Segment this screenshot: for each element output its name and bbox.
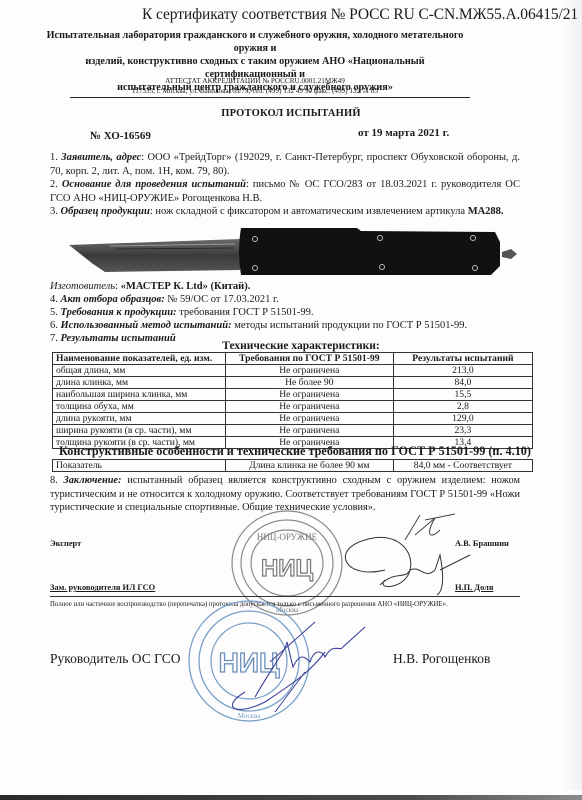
document-page: К сертификату соответствия № РОСС RU C-C… (0, 0, 582, 800)
page-bottom-edge (0, 795, 582, 800)
gost-requirement: Не более 90 (225, 377, 393, 389)
accreditation-block: АТТЕСТАТ АККРЕДИТАЦИИ № POCCRU.0001.21МЖ… (40, 76, 470, 96)
svg-text:НИЦ: НИЦ (261, 555, 314, 582)
lab-address: 117335, г. Москва, ул. Вавилова, 69/75, … (40, 86, 470, 96)
test-result: 23,3 (393, 425, 532, 437)
item-text: методы испытаний продукции по ГОСТ Р 515… (232, 320, 468, 331)
gost-requirement: Не ограничена (225, 365, 393, 377)
certification-body-stamp: НИЦ Москва (184, 596, 314, 726)
column-header: Результаты испытаний (393, 353, 532, 365)
stamp-text: НИЦ-ОРУЖИЕ (257, 532, 318, 542)
constructive-requirements-table: ПоказательДлина клинка не более 90 мм84,… (52, 459, 533, 472)
accreditation-number: АТТЕСТАТ АККРЕДИТАЦИИ № POCCRU.0001.21МЖ… (40, 76, 470, 86)
article-number: МА288. (468, 206, 504, 217)
deputy-name: Н.П. Доля (455, 583, 493, 592)
parameter-name: Показатель (53, 460, 226, 472)
requirement: Длина клинка не более 90 мм (225, 460, 393, 472)
constr-table-title: Конструктивные особенности и технические… (50, 444, 540, 459)
lab-name-line: Испытательная лаборатория гражданского и… (40, 29, 470, 55)
parameter-name: наибольшая ширина клинка, мм (53, 389, 226, 401)
tech-table-title: Технические характеристики: (10, 340, 582, 352)
knife-photo (55, 222, 535, 277)
item-applicant: 1. Заявитель, адрес: ООО «ТрейдТорг» (19… (50, 151, 520, 178)
table-row: толщина обуха, ммНе ограничена2,8 (53, 401, 533, 413)
table-row: длина клинка, ммНе более 9084,0 (53, 377, 533, 389)
expert-label: Эксперт (50, 539, 81, 548)
item-method: 6. Использованный метод испытаний: метод… (50, 319, 520, 333)
manufacturer-name: «МАСТЕР К. Ltd» (Китай). (121, 281, 251, 292)
parameter-name: длина рукояти, мм (53, 413, 226, 425)
deputy-label: Зам. руководителя ИЛ ГСО (50, 583, 155, 592)
table-row: ПоказательДлина клинка не более 90 мм84,… (53, 460, 533, 472)
item-label: Акт отбора образцов: (61, 294, 165, 305)
test-result: 213,0 (393, 365, 532, 377)
table-row: общая длина, ммНе ограничена213,0 (53, 365, 533, 377)
item-label: Требования к продукции: (61, 307, 177, 318)
table-header-row: Наименование показателей, ед. изм. Требо… (53, 353, 533, 365)
parameter-name: длина клинка, мм (53, 377, 226, 389)
column-header: Требования по ГОСТ Р 51501-99 (225, 353, 393, 365)
item-label: Основание для проведения испытаний (62, 179, 246, 190)
item-requirements: 5. Требования к продукции: требования ГО… (50, 306, 520, 320)
item-text: № 59/ОС от 17.03.2021 г. (165, 294, 279, 305)
gost-requirement: Не ограничена (225, 425, 393, 437)
conclusion-label: Заключение: (64, 475, 122, 486)
svg-text:НИЦ: НИЦ (219, 647, 280, 678)
test-result: 84,0 (393, 377, 532, 389)
item-text: : нож складной с фиксатором и автоматиче… (150, 206, 468, 217)
head-label: Руководитель ОС ГСО (50, 651, 180, 667)
protocol-date: от 19 марта 2021 г. (358, 127, 449, 139)
parameter-name: толщина обуха, мм (53, 401, 226, 413)
table-row: ширина рукояти (в ср. части), ммНе огран… (53, 425, 533, 437)
parameter-name: общая длина, мм (53, 365, 226, 377)
table-row: наибольшая ширина клинка, ммНе ограничен… (53, 389, 533, 401)
item-label: Заявитель, адрес (61, 152, 141, 163)
svg-text:Москва: Москва (238, 712, 261, 720)
header-divider (70, 97, 470, 98)
gost-requirement: Не ограничена (225, 389, 393, 401)
expert-name: А.В. Брашнин (455, 539, 509, 548)
item-manufacturer: Изготовитель: «МАСТЕР К. Ltd» (Китай). (50, 280, 520, 294)
item-basis: 2. Основание для проведения испытаний: п… (50, 178, 520, 205)
column-header: Наименование показателей, ед. изм. (53, 353, 226, 365)
tech-characteristics-table: Наименование показателей, ед. изм. Требо… (52, 352, 533, 449)
protocol-title: ПРОТОКОЛ ИСПЫТАНИЙ (0, 108, 582, 119)
gost-requirement: Не ограничена (225, 413, 393, 425)
test-result: 15,5 (393, 389, 532, 401)
item-sampling-act: 4. Акт отбора образцов: № 59/ОС от 17.03… (50, 293, 520, 307)
table-row: длина рукояти, ммНе ограничена129,0 (53, 413, 533, 425)
item-sample: 3. Образец продукции: нож складной с фик… (50, 205, 520, 219)
result: 84,0 мм - Соответствует (393, 460, 532, 472)
parameter-name: ширина рукояти (в ср. части), мм (53, 425, 226, 437)
item-label: Использованный метод испытаний: (61, 320, 232, 331)
certificate-reference: К сертификату соответствия № РОСС RU C-C… (142, 6, 578, 24)
test-result: 2,8 (393, 401, 532, 413)
item-label: Образец продукции (61, 206, 150, 217)
test-result: 129,0 (393, 413, 532, 425)
head-name: Н.В. Рогощенков (393, 651, 490, 667)
protocol-number: № ХО-16569 (90, 130, 151, 142)
gost-requirement: Не ограничена (225, 401, 393, 413)
item-label: Изготовитель (50, 281, 115, 292)
item-text: требования ГОСТ Р 51501-99. (177, 307, 314, 318)
